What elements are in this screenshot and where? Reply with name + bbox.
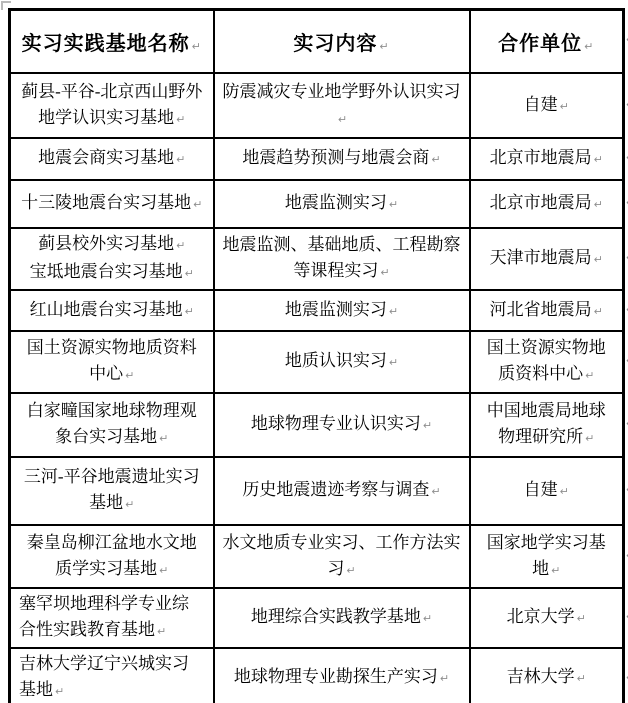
paragraph-mark-icon: ↵	[125, 369, 134, 382]
table-row: 白家疃国家地球物理观象台实习基地↵地球物理专业认识实习↵中国地震局地球物理研究所…	[10, 393, 624, 457]
table-cell: 中国地震局地球物理研究所↵	[470, 393, 624, 457]
header-label-content: 实习内容	[293, 33, 377, 55]
paragraph-mark-icon: ↵	[594, 153, 603, 166]
header-row: 实习实践基地名称↵ 实习内容↵ 合作单位↵	[10, 10, 624, 74]
cell-text: 地震监测、基础地质、工程勘察等课程实习	[223, 235, 461, 280]
table-cell: 历史地震遗迹考察与调查↵	[214, 457, 470, 525]
cell-text: 地震会商实习基地	[38, 148, 174, 167]
cell-text: 红山地震台实习基地	[30, 300, 183, 319]
cell-text: 国家地学实习基地	[487, 533, 606, 578]
paragraph-mark-icon: ↵	[338, 113, 347, 126]
paragraph-mark-icon: ↵	[389, 356, 398, 369]
paragraph-mark-icon: ↵	[192, 40, 202, 53]
table-row: 蓟县-平谷-北京西山野外地学认识实习基地↵防震减灾专业地学野外认识实习↵自建↵	[10, 73, 624, 138]
document-page: 实习实践基地名称↵ 实习内容↵ 合作单位↵ 蓟县-平谷-北京西山野外地学认识实习…	[0, 0, 628, 703]
cell-text: 吉林大学	[507, 667, 575, 686]
table-cell: 秦皇岛柳江盆地水文地质学实习基地↵	[10, 525, 214, 588]
cell-text: 自建	[524, 95, 558, 114]
cell-text: 河北省地震局	[490, 300, 592, 319]
table-cell: 地球物理专业勘探生产实习↵	[214, 648, 470, 703]
table-row: 十三陵地震台实习基地↵地震监测实习↵北京市地震局↵	[10, 180, 624, 228]
table-cell: 国家地学实习基地↵	[470, 525, 624, 588]
cell-text: 地球物理专业勘探生产实习	[234, 667, 438, 686]
paragraph-mark-icon: ↵	[584, 40, 594, 53]
paragraph-mark-icon: ↵	[585, 369, 594, 382]
cell-text: 国土资源实物地质资料中心	[27, 338, 197, 383]
paragraph-mark-icon: ↵	[594, 253, 603, 266]
cell-text: 地理综合实践教学基地	[251, 607, 421, 626]
paragraph-mark-icon: ↵	[176, 239, 185, 252]
table-cell: 天津市地震局↵	[470, 228, 624, 290]
paragraph-mark-icon: ↵	[185, 305, 194, 318]
table-cell: 北京市地震局↵	[470, 138, 624, 180]
table-cell: 地震监测实习↵	[214, 290, 470, 331]
cell-text: 宝坻地震台实习基地	[30, 262, 183, 281]
table-cell: 北京大学↵	[470, 588, 624, 648]
table-row: 秦皇岛柳江盆地水文地质学实习基地↵水文地质专业实习、工作方法实习↵国家地学实习基…	[10, 525, 624, 588]
paragraph-mark-icon: ↵	[380, 266, 389, 279]
table-body: 蓟县-平谷-北京西山野外地学认识实习基地↵防震减灾专业地学野外认识实习↵自建↵地…	[10, 73, 624, 703]
table-row: 塞罕坝地理科学专业综合性实践教育基地↵地理综合实践教学基地↵北京大学↵	[10, 588, 624, 648]
internship-bases-table: 实习实践基地名称↵ 实习内容↵ 合作单位↵ 蓟县-平谷-北京西山野外地学认识实习…	[8, 8, 625, 703]
table-cell: 河北省地震局↵	[470, 290, 624, 331]
paragraph-mark-icon: ↵	[193, 198, 202, 211]
table-row: 国土资源实物地质资料中心↵地质认识实习↵国土资源实物地质资料中心↵	[10, 331, 624, 393]
table-cell: 地理综合实践教学基地↵	[214, 588, 470, 648]
header-label-partner: 合作单位	[498, 33, 582, 55]
paragraph-mark-icon: ↵	[560, 485, 569, 498]
table-cell: 水文地质专业实习、工作方法实习↵	[214, 525, 470, 588]
header-cell-base-name: 实习实践基地名称↵	[10, 10, 214, 74]
cell-text: 地震监测实习	[285, 300, 387, 319]
cell-text: 三河-平谷地震遗址实习基地	[24, 467, 200, 512]
paragraph-mark-icon: ↵	[185, 267, 194, 280]
table-cell: 红山地震台实习基地↵	[10, 290, 214, 331]
cell-text: 天津市地震局	[490, 248, 592, 267]
paragraph-mark-icon: ↵	[159, 432, 168, 445]
cell-text: 白家疃国家地球物理观象台实习基地	[27, 401, 197, 446]
cell-text: 吉林大学辽宁兴城实习基地	[19, 654, 189, 699]
table-cell: 十三陵地震台实习基地↵	[10, 180, 214, 228]
cell-text: 地质认识实习	[285, 351, 387, 370]
cell-text: 水文地质专业实习、工作方法实习	[223, 533, 461, 578]
table-cell: 防震减灾专业地学野外认识实习↵	[214, 73, 470, 138]
paragraph-mark-icon: ↵	[594, 198, 603, 211]
table-cell: 地震趋势预测与地震会商↵	[214, 138, 470, 180]
paragraph-mark-icon: ↵	[431, 153, 440, 166]
header-label-base-name: 实习实践基地名称	[22, 33, 190, 55]
paragraph-mark-icon: ↵	[577, 612, 586, 625]
paragraph-mark-icon: ↵	[176, 153, 185, 166]
paragraph-mark-icon: ↵	[594, 305, 603, 318]
paragraph-mark-icon: ↵	[577, 672, 586, 685]
header-cell-partner: 合作单位↵	[470, 10, 624, 74]
paragraph-mark-icon: ↵	[55, 685, 64, 698]
paragraph-mark-icon: ↵	[423, 419, 432, 432]
cell-text: 防震减灾专业地学野外认识实习	[223, 82, 461, 101]
cell-text: 秦皇岛柳江盆地水文地质学实习基地	[27, 533, 197, 578]
paragraph-mark-icon: ↵	[346, 564, 355, 577]
table-cell: 地球物理专业认识实习↵	[214, 393, 470, 457]
cell-text: 地震监测实习	[285, 193, 387, 212]
table-row: 吉林大学辽宁兴城实习基地↵地球物理专业勘探生产实习↵吉林大学↵	[10, 648, 624, 703]
paragraph-mark-icon: ↵	[159, 564, 168, 577]
header-cell-content: 实习内容↵	[214, 10, 470, 74]
table-cell: 地质认识实习↵	[214, 331, 470, 393]
cell-text: 北京市地震局	[490, 148, 592, 167]
cell-text: 地球物理专业认识实习	[251, 414, 421, 433]
table-cell: 国土资源实物地质资料中心↵	[10, 331, 214, 393]
table-row: 地震会商实习基地↵地震趋势预测与地震会商↵北京市地震局↵	[10, 138, 624, 180]
paragraph-mark-icon: ↵	[440, 672, 449, 685]
table-cell: 地震会商实习基地↵	[10, 138, 214, 180]
cell-text: 自建	[524, 480, 558, 499]
paragraph-mark-icon: ↵	[551, 564, 560, 577]
paragraph-mark-icon: ↵	[389, 198, 398, 211]
paragraph-mark-icon: ↵	[431, 485, 440, 498]
table-cell: 蓟县-平谷-北京西山野外地学认识实习基地↵	[10, 73, 214, 138]
table-cell: 吉林大学↵	[470, 648, 624, 703]
table-cell: 塞罕坝地理科学专业综合性实践教育基地↵	[10, 588, 214, 648]
paragraph-mark-icon: ↵	[560, 100, 569, 113]
paragraph-mark-icon: ↵	[379, 40, 389, 53]
paragraph-mark-icon: ↵	[389, 305, 398, 318]
table-cell: 北京市地震局↵	[470, 180, 624, 228]
table-row: 蓟县校外实习基地↵宝坻地震台实习基地↵地震监测、基础地质、工程勘察等课程实习↵天…	[10, 228, 624, 290]
paragraph-mark-icon: ↵	[585, 432, 594, 445]
table-cell: 自建↵	[470, 73, 624, 138]
cell-text: 地震趋势预测与地震会商	[242, 148, 429, 167]
table-cell: 地震监测实习↵	[214, 180, 470, 228]
table-cell: 吉林大学辽宁兴城实习基地↵	[10, 648, 214, 703]
paragraph-mark-icon: ↵	[423, 612, 432, 625]
cell-text: 蓟县校外实习基地	[38, 234, 174, 253]
cell-text: 北京大学	[507, 607, 575, 626]
table-cell: 蓟县校外实习基地↵宝坻地震台实习基地↵	[10, 228, 214, 290]
table-cell: 国土资源实物地质资料中心↵	[470, 331, 624, 393]
table-cell: 三河-平谷地震遗址实习基地↵	[10, 457, 214, 525]
cell-text: 十三陵地震台实习基地	[21, 193, 191, 212]
table-cell: 地震监测、基础地质、工程勘察等课程实习↵	[214, 228, 470, 290]
cell-text: 历史地震遗迹考察与调查	[242, 480, 429, 499]
table-cell: 自建↵	[470, 457, 624, 525]
cell-text: 北京市地震局	[490, 193, 592, 212]
paragraph-mark-icon: ↵	[157, 625, 166, 638]
table-row: 红山地震台实习基地↵地震监测实习↵河北省地震局↵	[10, 290, 624, 331]
paragraph-mark-icon: ↵	[176, 113, 185, 126]
table-cell: 白家疃国家地球物理观象台实习基地↵	[10, 393, 214, 457]
paragraph-mark-icon: ↵	[125, 498, 134, 511]
table-row: 三河-平谷地震遗址实习基地↵历史地震遗迹考察与调查↵自建↵	[10, 457, 624, 525]
